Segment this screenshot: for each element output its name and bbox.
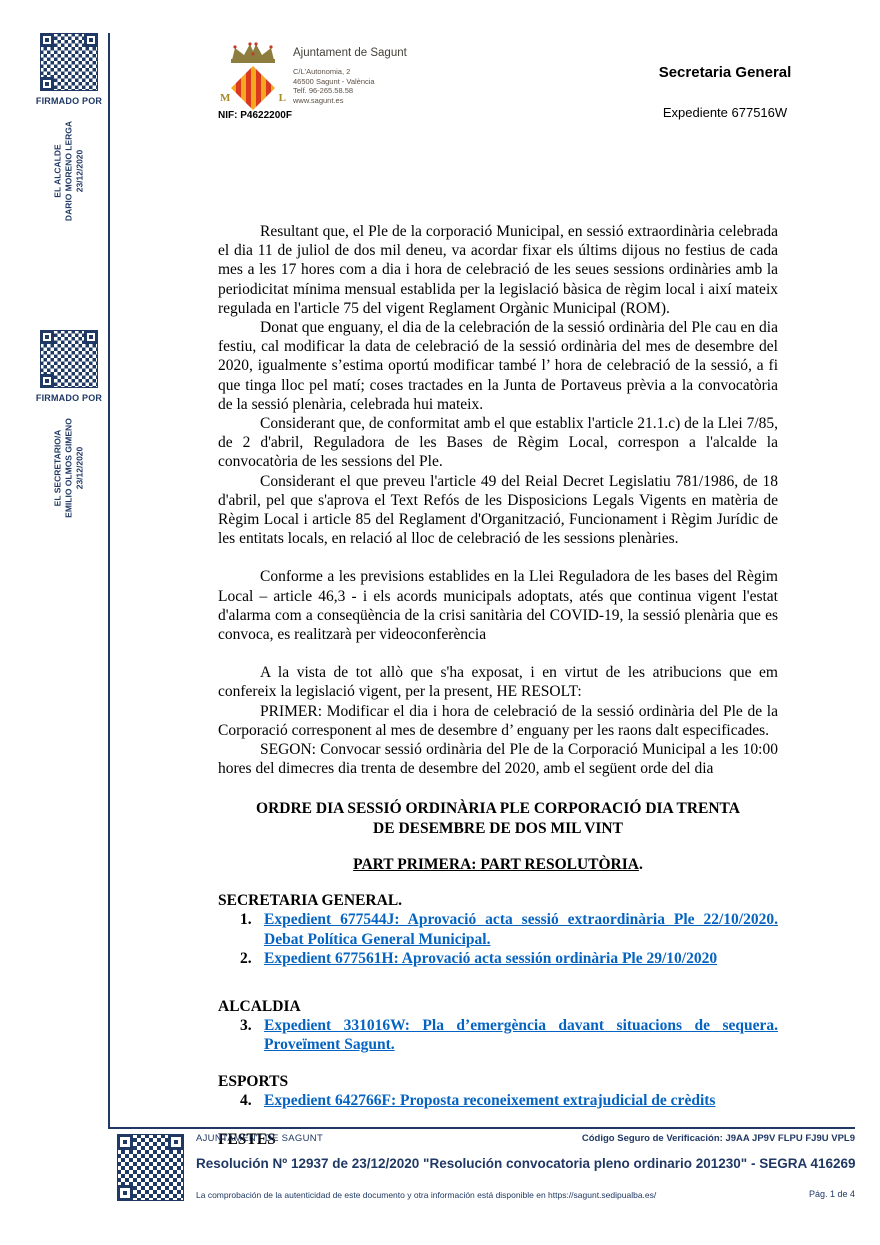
coat-of-arms: M L: [222, 42, 284, 110]
agenda-item-3: 3. Expedient 331016W: Pla d’emergència d…: [218, 1016, 778, 1054]
resolution-reference: Resolución Nº 12937 de 23/12/2020 "Resol…: [196, 1156, 856, 1171]
crown-icon: [227, 42, 279, 64]
qr-code-icon: [40, 330, 98, 388]
signature-block-alcalde: FIRMADO POR EL ALCALDE DARIO MORENO LERG…: [30, 33, 108, 236]
verification-qr-code-icon: [117, 1134, 184, 1201]
signer-role: EL SECRETARIO/A: [53, 403, 64, 533]
signer-role: EL ALCALDE: [53, 106, 64, 236]
qr-code-icon: [40, 33, 98, 91]
paragraph: SEGON: Convocar sessió ordinària del Ple…: [218, 740, 778, 778]
address-line: C/L'Autonomia, 2: [293, 67, 375, 77]
shield-letter-l: L: [279, 92, 286, 104]
signer-date: 23/12/2020: [75, 403, 86, 533]
striped-shield-icon: [231, 66, 275, 110]
part-one-heading-text: PART PRIMERA: PART RESOLUTÒRIA: [353, 856, 639, 873]
expediente-number: Expediente 677516W: [600, 105, 850, 120]
section-title-alcaldia: ALCALDIA: [218, 997, 778, 1016]
signer-name: DARIO MORENO LERGA: [64, 106, 75, 236]
agenda-item-number: 4.: [240, 1091, 264, 1110]
signature-block-secretario: FIRMADO POR EL SECRETARIO/A EMILIO OLMOS…: [30, 330, 108, 533]
footer-org-name: AJUNTAMENT DE SAGUNT: [196, 1133, 323, 1144]
section-title-esports: ESPORTS: [218, 1072, 778, 1091]
part-one-heading-period: .: [639, 856, 643, 873]
paragraph: Donat que enguany, el dia de la celebrac…: [218, 318, 778, 414]
expedient-link-331016W[interactable]: Expedient 331016W: Pla d’emergència dava…: [264, 1016, 778, 1054]
paragraph: Considerant el que preveu l'article 49 d…: [218, 472, 778, 549]
section-title-secretaria: SECRETARIA GENERAL.: [218, 891, 778, 910]
signer-date: 23/12/2020: [75, 106, 86, 236]
department-title: Secretaria General: [600, 64, 850, 81]
paragraph: Considerant que, de conformitat amb el q…: [218, 414, 778, 472]
address-line: Telf. 96-265.58.58: [293, 86, 375, 96]
shield-letter-m: M: [220, 92, 230, 104]
expedient-link-677544J[interactable]: Expedient 677544J: Aprovació acta sessió…: [264, 910, 778, 948]
authenticity-note: La comprobación de la autenticidad de es…: [196, 1190, 656, 1200]
page-indicator: Pág. 1 de 4: [809, 1189, 855, 1199]
agenda-item-number: 3.: [240, 1016, 264, 1054]
paragraph: A la vista de tot allò que s'ha exposat,…: [218, 663, 778, 701]
org-address: C/L'Autonomia, 2 46500 Sagunt - València…: [293, 67, 375, 105]
paragraph: PRIMER: Modificar el dia i hora de celeb…: [218, 702, 778, 740]
paragraph: Resultant que, el Ple de la corporació M…: [218, 222, 778, 318]
agenda-item-2: 2. Expedient 677561H: Aprovació acta ses…: [218, 949, 778, 968]
part-one-heading: PART PRIMERA: PART RESOLUTÒRIA.: [218, 855, 778, 874]
org-name: Ajuntament de Sagunt: [293, 47, 407, 59]
sidebar-divider: [108, 33, 110, 1127]
paragraph: Conforme a les previsions establides en …: [218, 567, 778, 644]
signer-name: EMILIO OLMOS GIMENO: [64, 403, 75, 533]
org-nif: NIF: P4622200F: [200, 110, 310, 121]
agenda-item-number: 2.: [240, 949, 264, 968]
firmado-por-label: FIRMADO POR: [30, 393, 108, 403]
agenda-item-4: 4. Expedient 642766F: Proposta reconeixe…: [218, 1091, 778, 1110]
signer-info-rotated: EL ALCALDE DARIO MORENO LERGA 23/12/2020: [30, 106, 108, 236]
verification-code: Código Seguro de Verificación: J9AA JP9V…: [582, 1133, 855, 1144]
document-body: Resultant que, el Ple de la corporació M…: [218, 222, 778, 1149]
expedient-link-677561H[interactable]: Expedient 677561H: Aprovació acta sessió…: [264, 949, 778, 968]
agenda-item-number: 1.: [240, 910, 264, 948]
address-line: www.sagunt.es: [293, 96, 375, 106]
address-line: 46500 Sagunt - València: [293, 77, 375, 87]
agenda-item-1: 1. Expedient 677544J: Aprovació acta ses…: [218, 910, 778, 948]
firmado-por-label: FIRMADO POR: [30, 96, 108, 106]
footer-divider: [108, 1127, 855, 1129]
expedient-link-642766F[interactable]: Expedient 642766F: Proposta reconeixemen…: [264, 1091, 778, 1110]
order-of-day-heading: ORDRE DIA SESSIÓ ORDINÀRIA PLE CORPORACI…: [218, 799, 778, 837]
document-page: FIRMADO POR EL ALCALDE DARIO MORENO LERG…: [0, 0, 880, 1245]
signer-info-rotated: EL SECRETARIO/A EMILIO OLMOS GIMENO 23/1…: [30, 403, 108, 533]
